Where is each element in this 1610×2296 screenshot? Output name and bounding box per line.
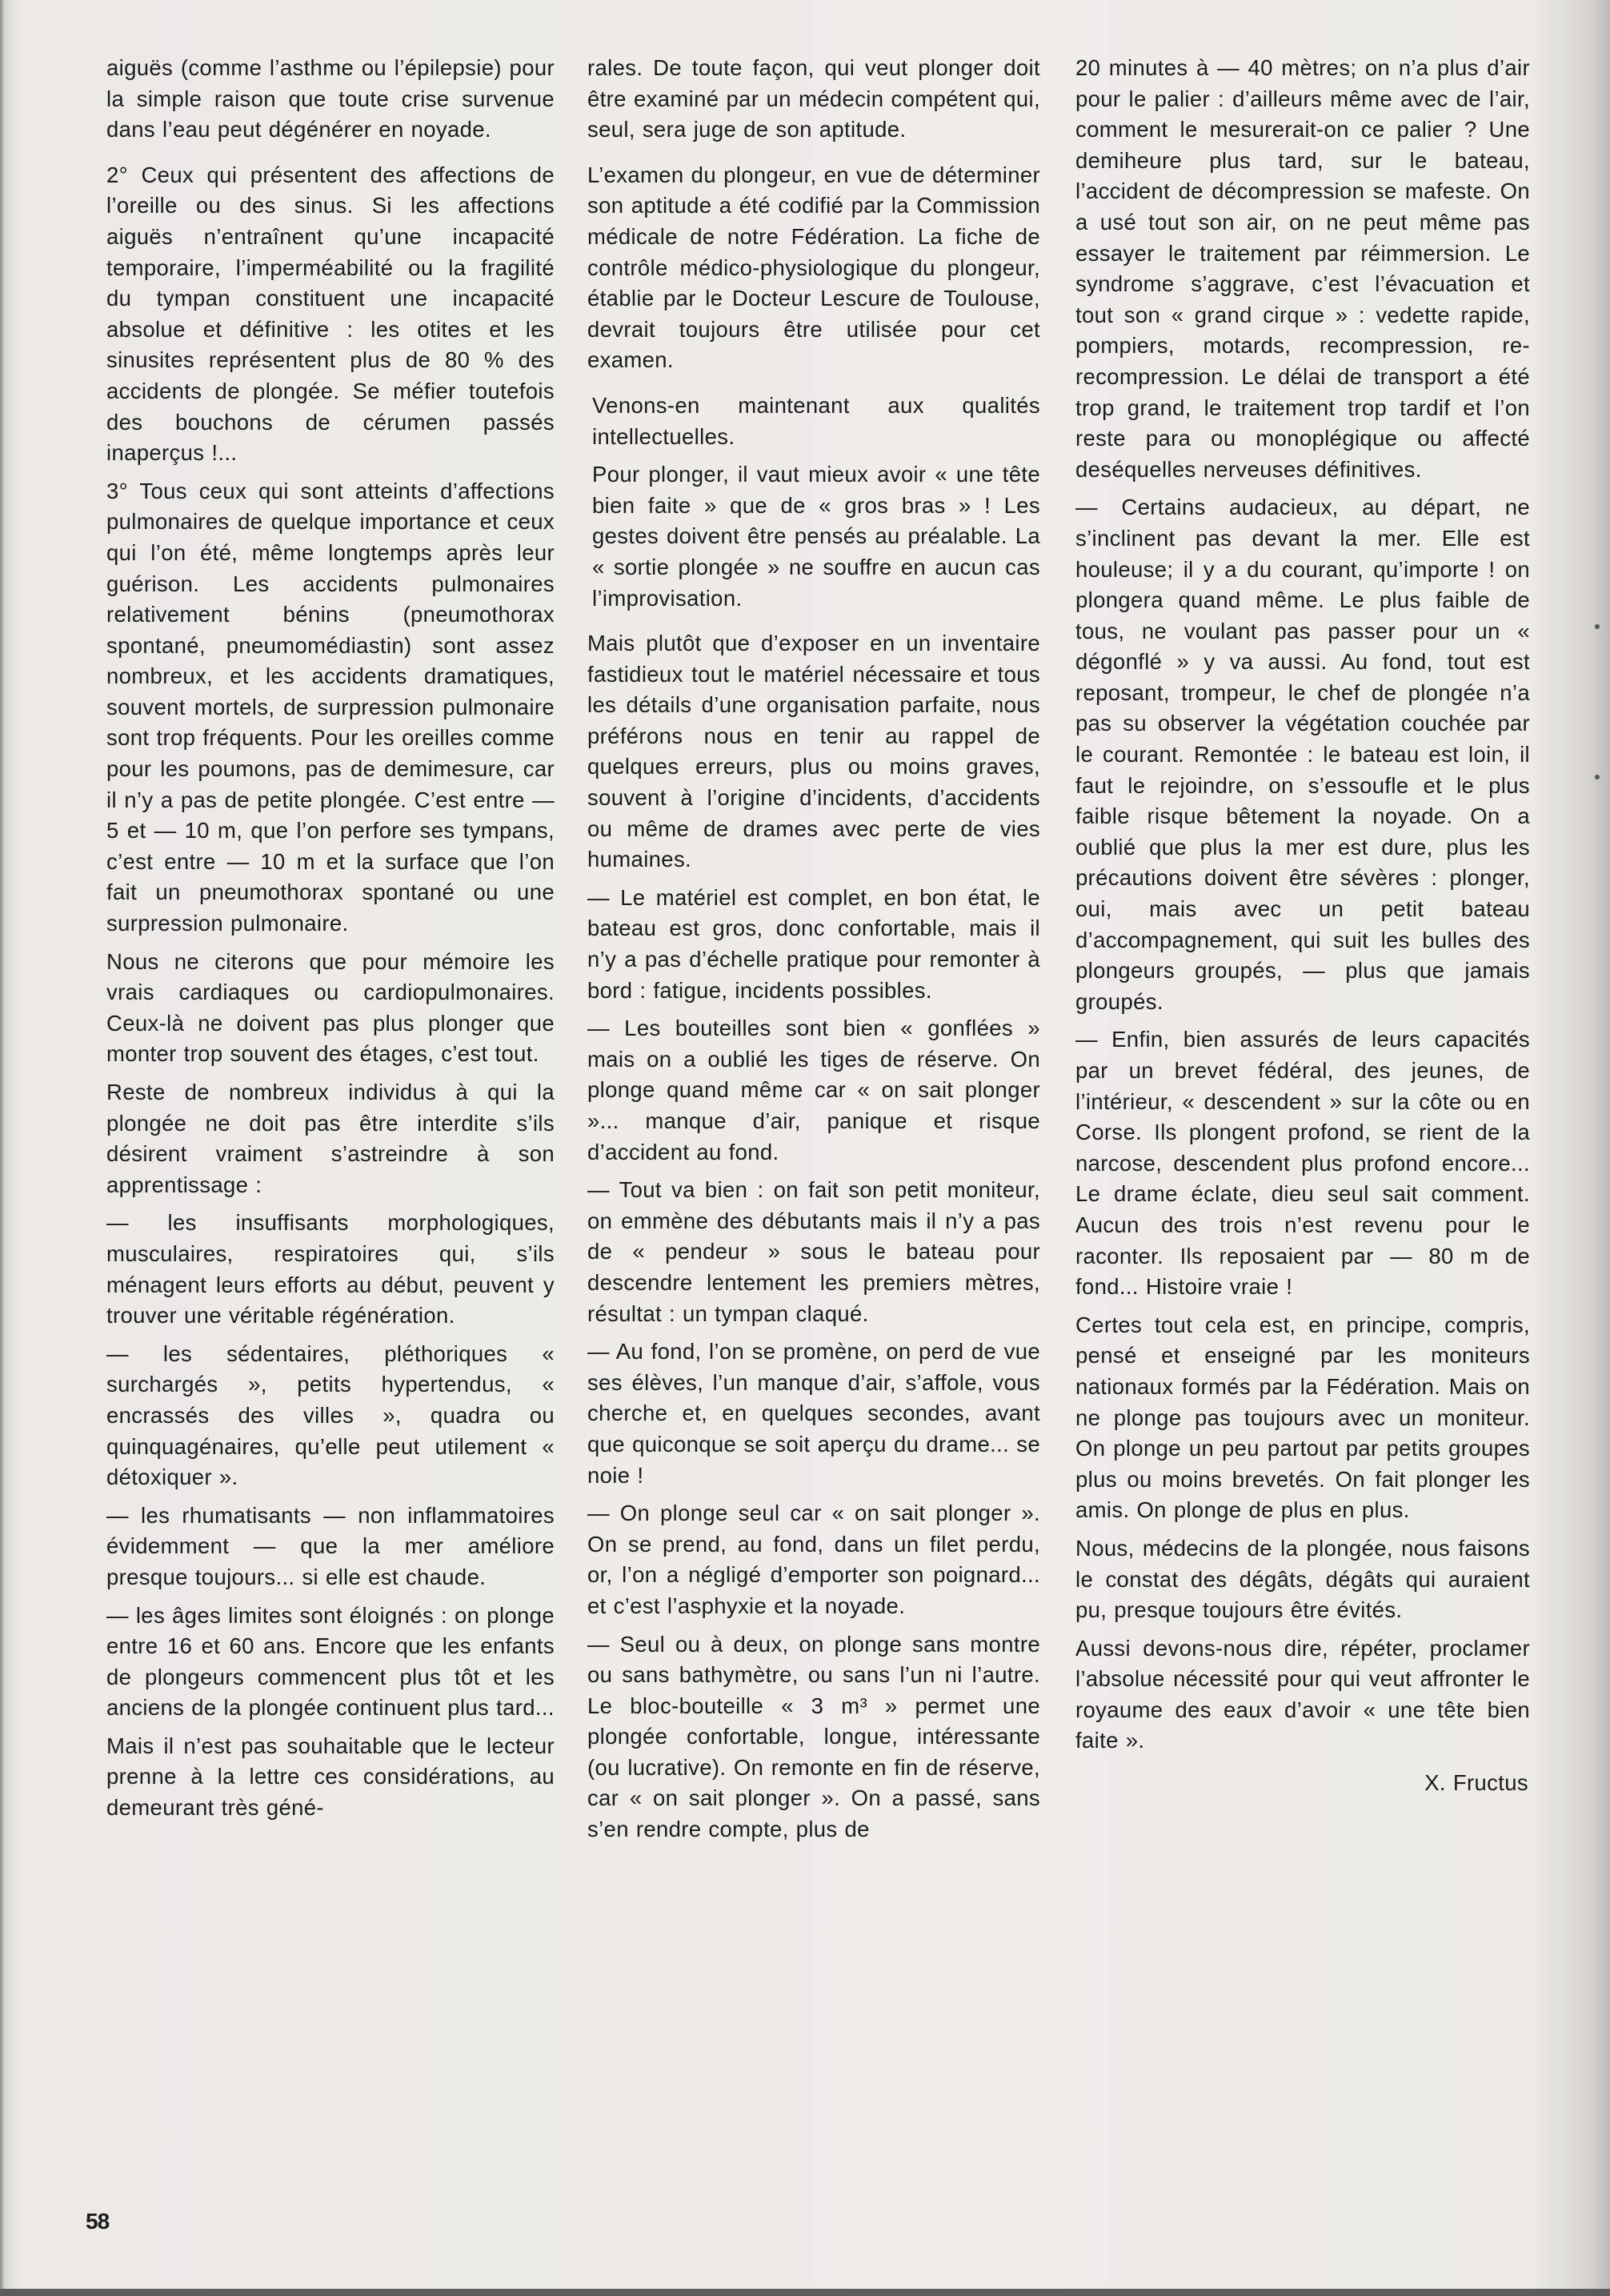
paragraph-contraindications-epilepsy: aiguës (comme l’asthme ou l’épilepsie) p… [106,53,555,146]
list-item-sedentary: — les sédentaires, pléthoriques « surcha… [106,1339,555,1493]
text-column-middle: rales. De toute façon, qui veut plonger … [587,53,1040,1853]
paragraph-conclusion: Aussi devons-nous dire, répéter, proclam… [1075,1633,1530,1757]
list-item-insufficient: — les insuffisants morphologiques, muscu… [106,1208,555,1331]
author-signature: X. Fructus [1075,1768,1530,1799]
list-item-solo-dive: — On plonge seul car « on sait plonger »… [587,1498,1040,1621]
paragraph-remaining-individuals: Reste de nombreux individus à qui la plo… [106,1077,555,1200]
paragraph-cardiac: Nous ne citerons que pour mémoire les vr… [106,947,555,1070]
list-item-lost-students: — Au fond, l’on se promène, on perd de v… [587,1336,1040,1491]
paragraph-well-made-head: Pour plonger, il vaut mieux avoir « une … [587,459,1040,614]
text-column-right: 20 minutes à — 40 mètres; on n’a plus d’… [1075,53,1530,1821]
scan-speck [1595,775,1600,779]
paragraph-intellectual-qualities: Venons-en maintenant aux qualités intell… [587,391,1040,452]
list-item-pendeur: — Tout va bien : on fait son petit monit… [587,1175,1040,1329]
list-item-rough-sea: — Certains audacieux, au départ, ne s’in… [1075,492,1530,1017]
page-number: 58 [86,2209,109,2234]
scan-speck [1595,624,1600,629]
list-item-equipment-ladder: — Le matériel est complet, en bon état, … [587,883,1040,1006]
paragraph-federation-instructors: Certes tout cela est, en principe, compr… [1075,1310,1530,1526]
paragraph-ear-sinus: 2° Ceux qui présentent des affections de… [106,160,555,469]
paragraph-reader-caution: Mais il n’est pas souhaitable que le lec… [106,1731,555,1824]
list-item-age-limits: — les âges limites sont éloignés : on pl… [106,1601,555,1724]
paragraph-exam-codified: L’examen du plongeur, en vue de détermin… [587,160,1040,376]
list-item-young-divers: — Enfin, bien assurés de leurs capacités… [1075,1024,1530,1302]
paragraph-pulmonary: 3° Tous ceux qui sont atteints d’affecti… [106,476,555,940]
paragraph-decompression: 20 minutes à — 40 mètres; on n’a plus d’… [1075,53,1530,485]
scan-bottom-edge [0,2289,1610,2296]
magazine-page: aiguës (comme l’asthme ou l’épilepsie) p… [0,0,1610,2289]
paragraph-dive-doctors: Nous, médecins de la plongée, nous faiso… [1075,1533,1530,1626]
text-column-left: aiguës (comme l’asthme ou l’épilepsie) p… [106,53,555,1831]
list-item-rheumatic: — les rhumatisants — non inflammatoires … [106,1501,555,1593]
list-item-reserve-rods: — Les bouteilles sont bien « gonflées » … [587,1013,1040,1168]
paragraph-medical-exam: rales. De toute façon, qui veut plonger … [587,53,1040,146]
list-item-no-watch: — Seul ou à deux, on plonge sans montre … [587,1629,1040,1845]
paragraph-errors-intro: Mais plutôt que d’exposer en un inventai… [587,628,1040,876]
